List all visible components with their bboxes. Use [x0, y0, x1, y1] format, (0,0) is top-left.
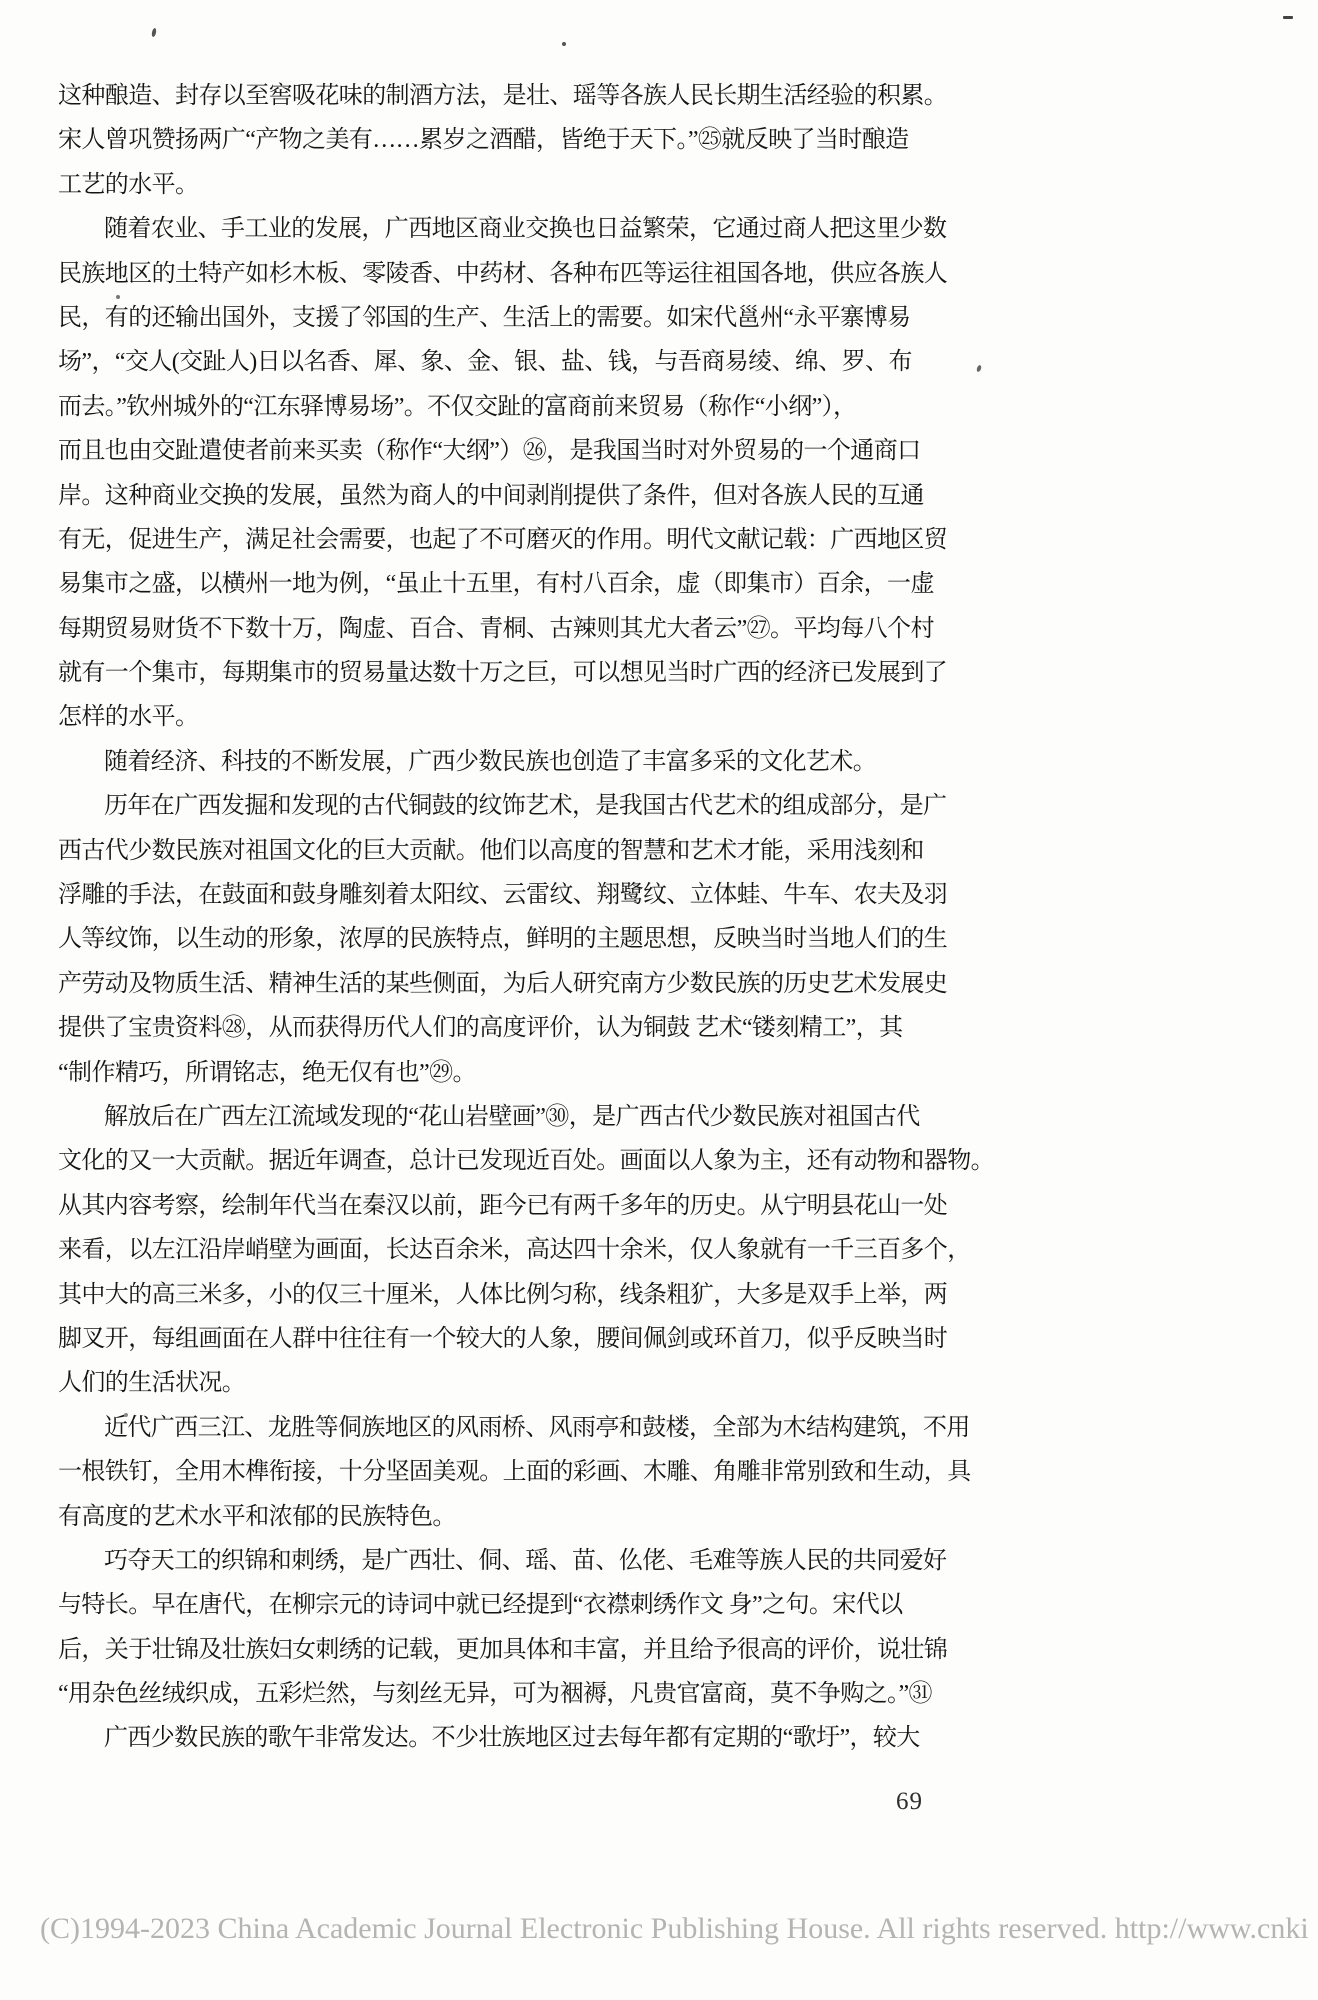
- text-line: 解放后在广西左江流域发现的“花山岩壁画”㉚，是广西古代少数民族对祖国古代: [58, 1095, 978, 1139]
- text-line: 其中大的高三米多，小的仅三十厘米，人体比例匀称，线条粗犷，大多是双手上举，两: [58, 1273, 978, 1317]
- text-line: 浮雕的手法，在鼓面和鼓身雕刻着太阳纹、云雷纹、翔鹭纹、立体蛙、牛车、农夫及羽: [58, 873, 978, 917]
- scan-speck: [976, 365, 982, 373]
- scan-speck: [151, 28, 157, 38]
- text-line: 来看，以左江沿岸峭壁为画面，长达百余米，高达四十余米，仅人象就有一千三百多个，: [58, 1228, 978, 1272]
- text-line: 西古代少数民族对祖国文化的巨大贡献。他们以高度的智慧和艺术才能，采用浅刻和: [58, 829, 978, 873]
- text-line: 民族地区的土特产如杉木板、零陵香、中药材、各种布匹等运往祖国各地，供应各族人: [58, 252, 978, 296]
- text-line: 人们的生活状况。: [58, 1361, 978, 1405]
- text-line: 工艺的水平。: [58, 163, 978, 207]
- text-line: 而且也由交趾遣使者前来买卖（称作“大纲”）㉖，是我国当时对外贸易的一个通商口: [58, 429, 978, 473]
- scan-speck: [116, 295, 120, 299]
- text-line: 后，关于壮锦及壮族妇女刺绣的记载，更加具体和丰富，并且给予很高的评价，说壮锦: [58, 1628, 978, 1672]
- text-line: 近代广西三江、龙胜等侗族地区的风雨桥、风雨亭和鼓楼，全部为木结构建筑，不用: [58, 1406, 978, 1450]
- scan-speck: [124, 1413, 128, 1417]
- text-line: 脚叉开，每组画面在人群中往往有一个较大的人象，腰间佩剑或环首刀，似乎反映当时: [58, 1317, 978, 1361]
- text-line: 与特长。早在唐代，在柳宗元的诗词中就已经提到“衣襟刺绣作文 身”之句。宋代以: [58, 1583, 978, 1627]
- scanned-document-page: 这种酿造、封存以至窖吸花味的制酒方法，是壮、瑶等各族人民长期生活经验的积累。宋人…: [0, 0, 1318, 2000]
- text-line: 这种酿造、封存以至窖吸花味的制酒方法，是壮、瑶等各族人民长期生活经验的积累。: [58, 74, 978, 118]
- text-line: 产劳动及物质生活、精神生活的某些侧面，为后人研究南方少数民族的历史艺术发展史: [58, 962, 978, 1006]
- page-number: 69: [896, 1788, 923, 1816]
- text-line: 广西少数民族的歌午非常发达。不少壮族地区过去每年都有定期的“歌圩”，较大: [58, 1716, 978, 1760]
- text-line: 易集市之盛，以横州一地为例，“虽止十五里，有村八百余，虚（即集市）百余，一虚: [58, 562, 978, 606]
- text-line: 就有一个集市，每期集市的贸易量达数十万之巨，可以想见当时广西的经济已发展到了: [58, 651, 978, 695]
- text-line: 有高度的艺术水平和浓郁的民族特色。: [58, 1495, 978, 1539]
- text-line: “制作精巧，所谓铭志，绝无仅有也”㉙。: [58, 1051, 978, 1095]
- text-line: 而去。”钦州城外的“江东驿博易场”。不仅交趾的富商前来贸易（称作“小纲”），: [58, 385, 978, 429]
- text-line: 场”，“交人(交趾人)日以名香、犀、象、金、银、盐、钱，与吾商易绫、绵、罗、布: [58, 340, 978, 384]
- text-line: 每期贸易财货不下数十万，陶虚、百合、青桐、古辣则其尤大者云”㉗。平均每八个村: [58, 607, 978, 651]
- text-line: 岸。这种商业交换的发展，虽然为商人的中间剥削提供了条件，但对各族人民的互通: [58, 474, 978, 518]
- text-line: 一根铁钉，全用木榫衔接，十分坚固美观。上面的彩画、木雕、角雕非常别致和生动，具: [58, 1450, 978, 1494]
- text-line: 文化的又一大贡献。据近年调查，总计已发现近百处。画面以人象为主，还有动物和器物。: [58, 1139, 978, 1183]
- text-line: “用杂色丝绒织成，五彩烂然，与刻丝无异，可为裀褥，凡贵官富商，莫不争购之。”㉛: [58, 1672, 978, 1716]
- text-line: 民，有的还输出国外，支援了邻国的生产、生活上的需要。如宋代邕州“永平寨博易: [58, 296, 978, 340]
- text-line: 历年在广西发掘和发现的古代铜鼓的纹饰艺术，是我国古代艺术的组成部分，是广: [58, 784, 978, 828]
- text-line: 从其内容考察，绘制年代当在秦汉以前，距今已有两千多年的历史。从宁明县花山一处: [58, 1184, 978, 1228]
- text-block: 这种酿造、封存以至窖吸花味的制酒方法，是壮、瑶等各族人民长期生活经验的积累。宋人…: [58, 74, 978, 1761]
- text-line: 巧夺天工的织锦和刺绣，是广西壮、侗、瑶、苗、仫佬、毛难等族人民的共同爱好: [58, 1539, 978, 1583]
- text-line: 提供了宝贵资料㉘，从而获得历代人们的高度评价，认为铜鼓 艺术“镂刻精工”，其: [58, 1006, 978, 1050]
- text-line: 怎样的水平。: [58, 695, 978, 739]
- scan-speck: [1283, 16, 1293, 19]
- copyright-watermark: (C)1994-2023 China Academic Journal Elec…: [40, 1912, 1309, 1946]
- text-line: 有无，促进生产，满足社会需要，也起了不可磨灭的作用。明代文献记载：广西地区贸: [58, 518, 978, 562]
- text-line: 随着农业、手工业的发展，广西地区商业交换也日益繁荣，它通过商人把这里少数: [58, 207, 978, 251]
- scan-speck: [562, 42, 566, 46]
- text-line: 随着经济、科技的不断发展，广西少数民族也创造了丰富多采的文化艺术。: [58, 740, 978, 784]
- text-line: 宋人曾巩赞扬两广“产物之美有……累岁之酒醋，皆绝于天下。”㉕就反映了当时酿造: [58, 118, 978, 162]
- text-line: 人等纹饰，以生动的形象，浓厚的民族特点，鲜明的主题思想，反映当时当地人们的生: [58, 917, 978, 961]
